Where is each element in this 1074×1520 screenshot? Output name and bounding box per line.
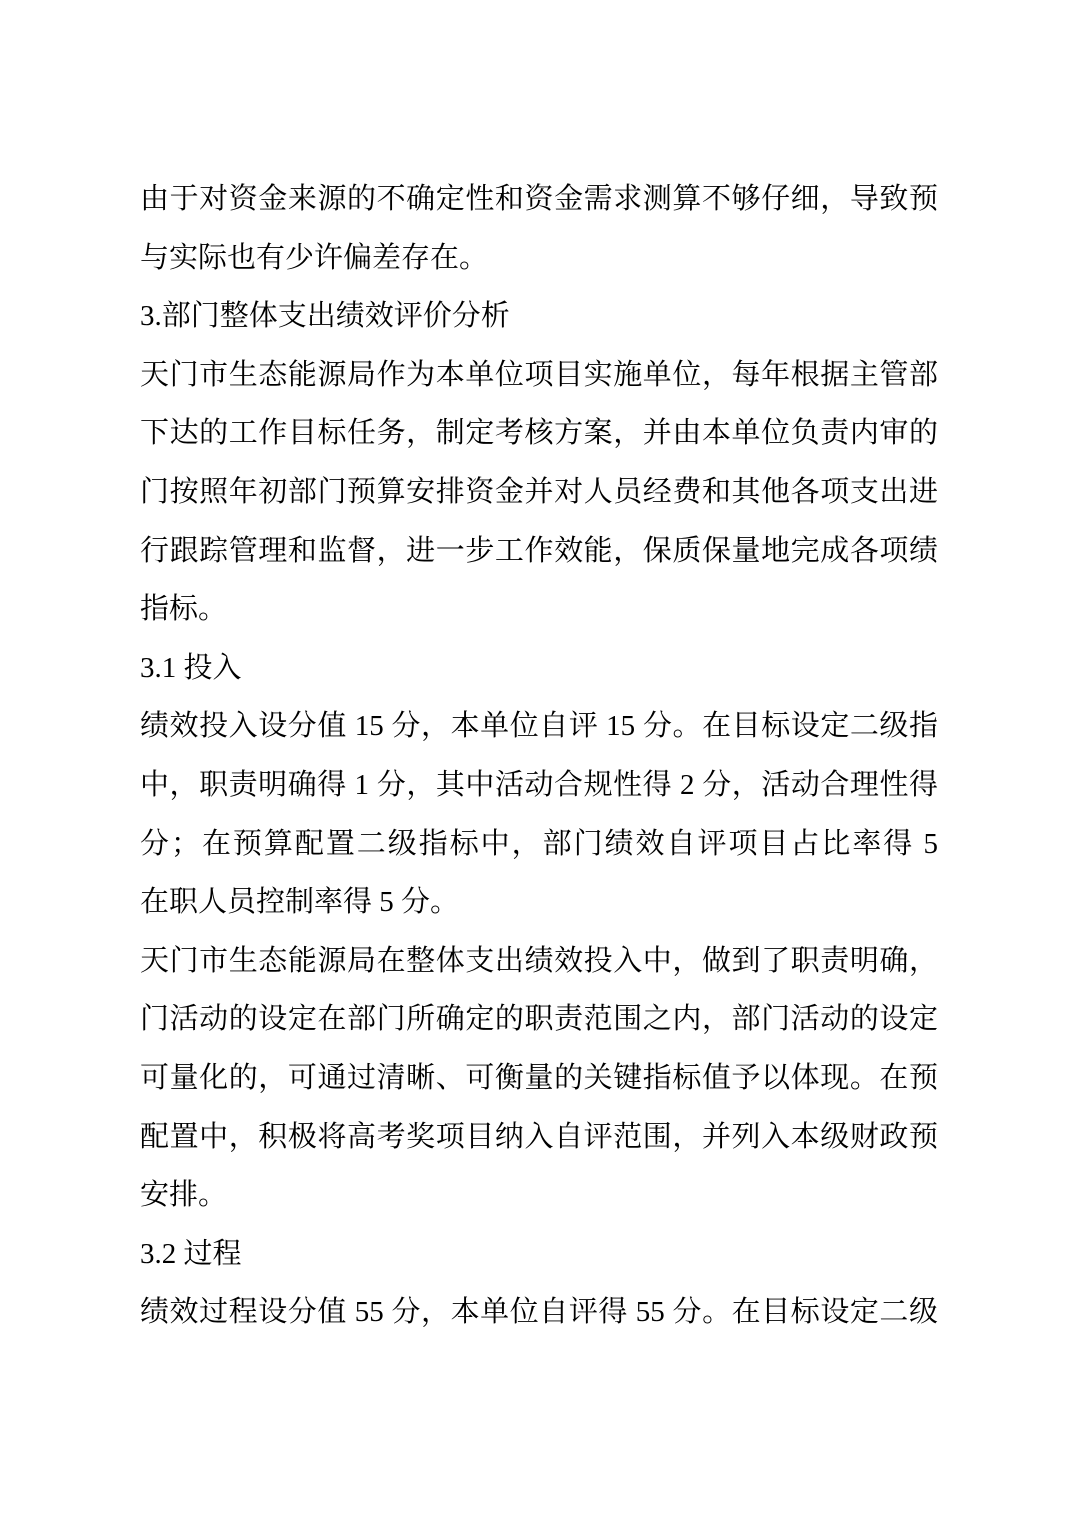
text-line: 由于对资金来源的不确定性和资金需求测算不够仔细，导致预算 — [140, 170, 938, 229]
text-line: 绩效投入设分值 15 分，本单位自评 15 分。在目标设定二级指标 — [140, 697, 938, 756]
text-line: 中，职责明确得 1 分，其中活动合规性得 2 分，活动合理性得 2 — [140, 756, 938, 815]
text-line: 可量化的，可通过清晰、可衡量的关键指标值予以体现。在预算 — [140, 1049, 938, 1108]
document-body: 由于对资金来源的不确定性和资金需求测算不够仔细，导致预算 与实际也有少许偏差存在… — [140, 170, 938, 1342]
text-line: 指标。 — [140, 580, 938, 639]
section-heading: 3.1 投入 — [140, 639, 938, 698]
text-line: 与实际也有少许偏差存在。 — [140, 229, 938, 288]
text-line: 在职人员控制率得 5 分。 — [140, 873, 938, 932]
section-heading: 3.2 过程 — [140, 1225, 938, 1284]
text-line: 下达的工作目标任务，制定考核方案，并由本单位负责内审的部 — [140, 404, 938, 463]
section-heading: 3.部门整体支出绩效评价分析 — [140, 287, 938, 346]
text-line: 安排。 — [140, 1166, 938, 1225]
text-line: 天门市生态能源局作为本单位项目实施单位，每年根据主管部门 — [140, 346, 938, 405]
text-line: 绩效过程设分值 55 分，本单位自评得 55 分。在目标设定二级指 — [140, 1283, 938, 1342]
text-line: 天门市生态能源局在整体支出绩效投入中，做到了职责明确，部 — [140, 932, 938, 991]
text-line: 配置中，积极将高考奖项目纳入自评范围，并列入本级财政预算 — [140, 1108, 938, 1167]
text-line: 门活动的设定在部门所确定的职责范围之内，部门活动的设定是 — [140, 990, 938, 1049]
text-line: 行跟踪管理和监督，进一步工作效能，保质保量地完成各项绩效 — [140, 522, 938, 581]
text-line: 门按照年初部门预算安排资金并对人员经费和其他各项支出进 — [140, 463, 938, 522]
document-page: 由于对资金来源的不确定性和资金需求测算不够仔细，导致预算 与实际也有少许偏差存在… — [0, 0, 1074, 1520]
text-line: 分；在预算配置二级指标中，部门绩效自评项目占比率得 5 分， — [140, 815, 938, 874]
